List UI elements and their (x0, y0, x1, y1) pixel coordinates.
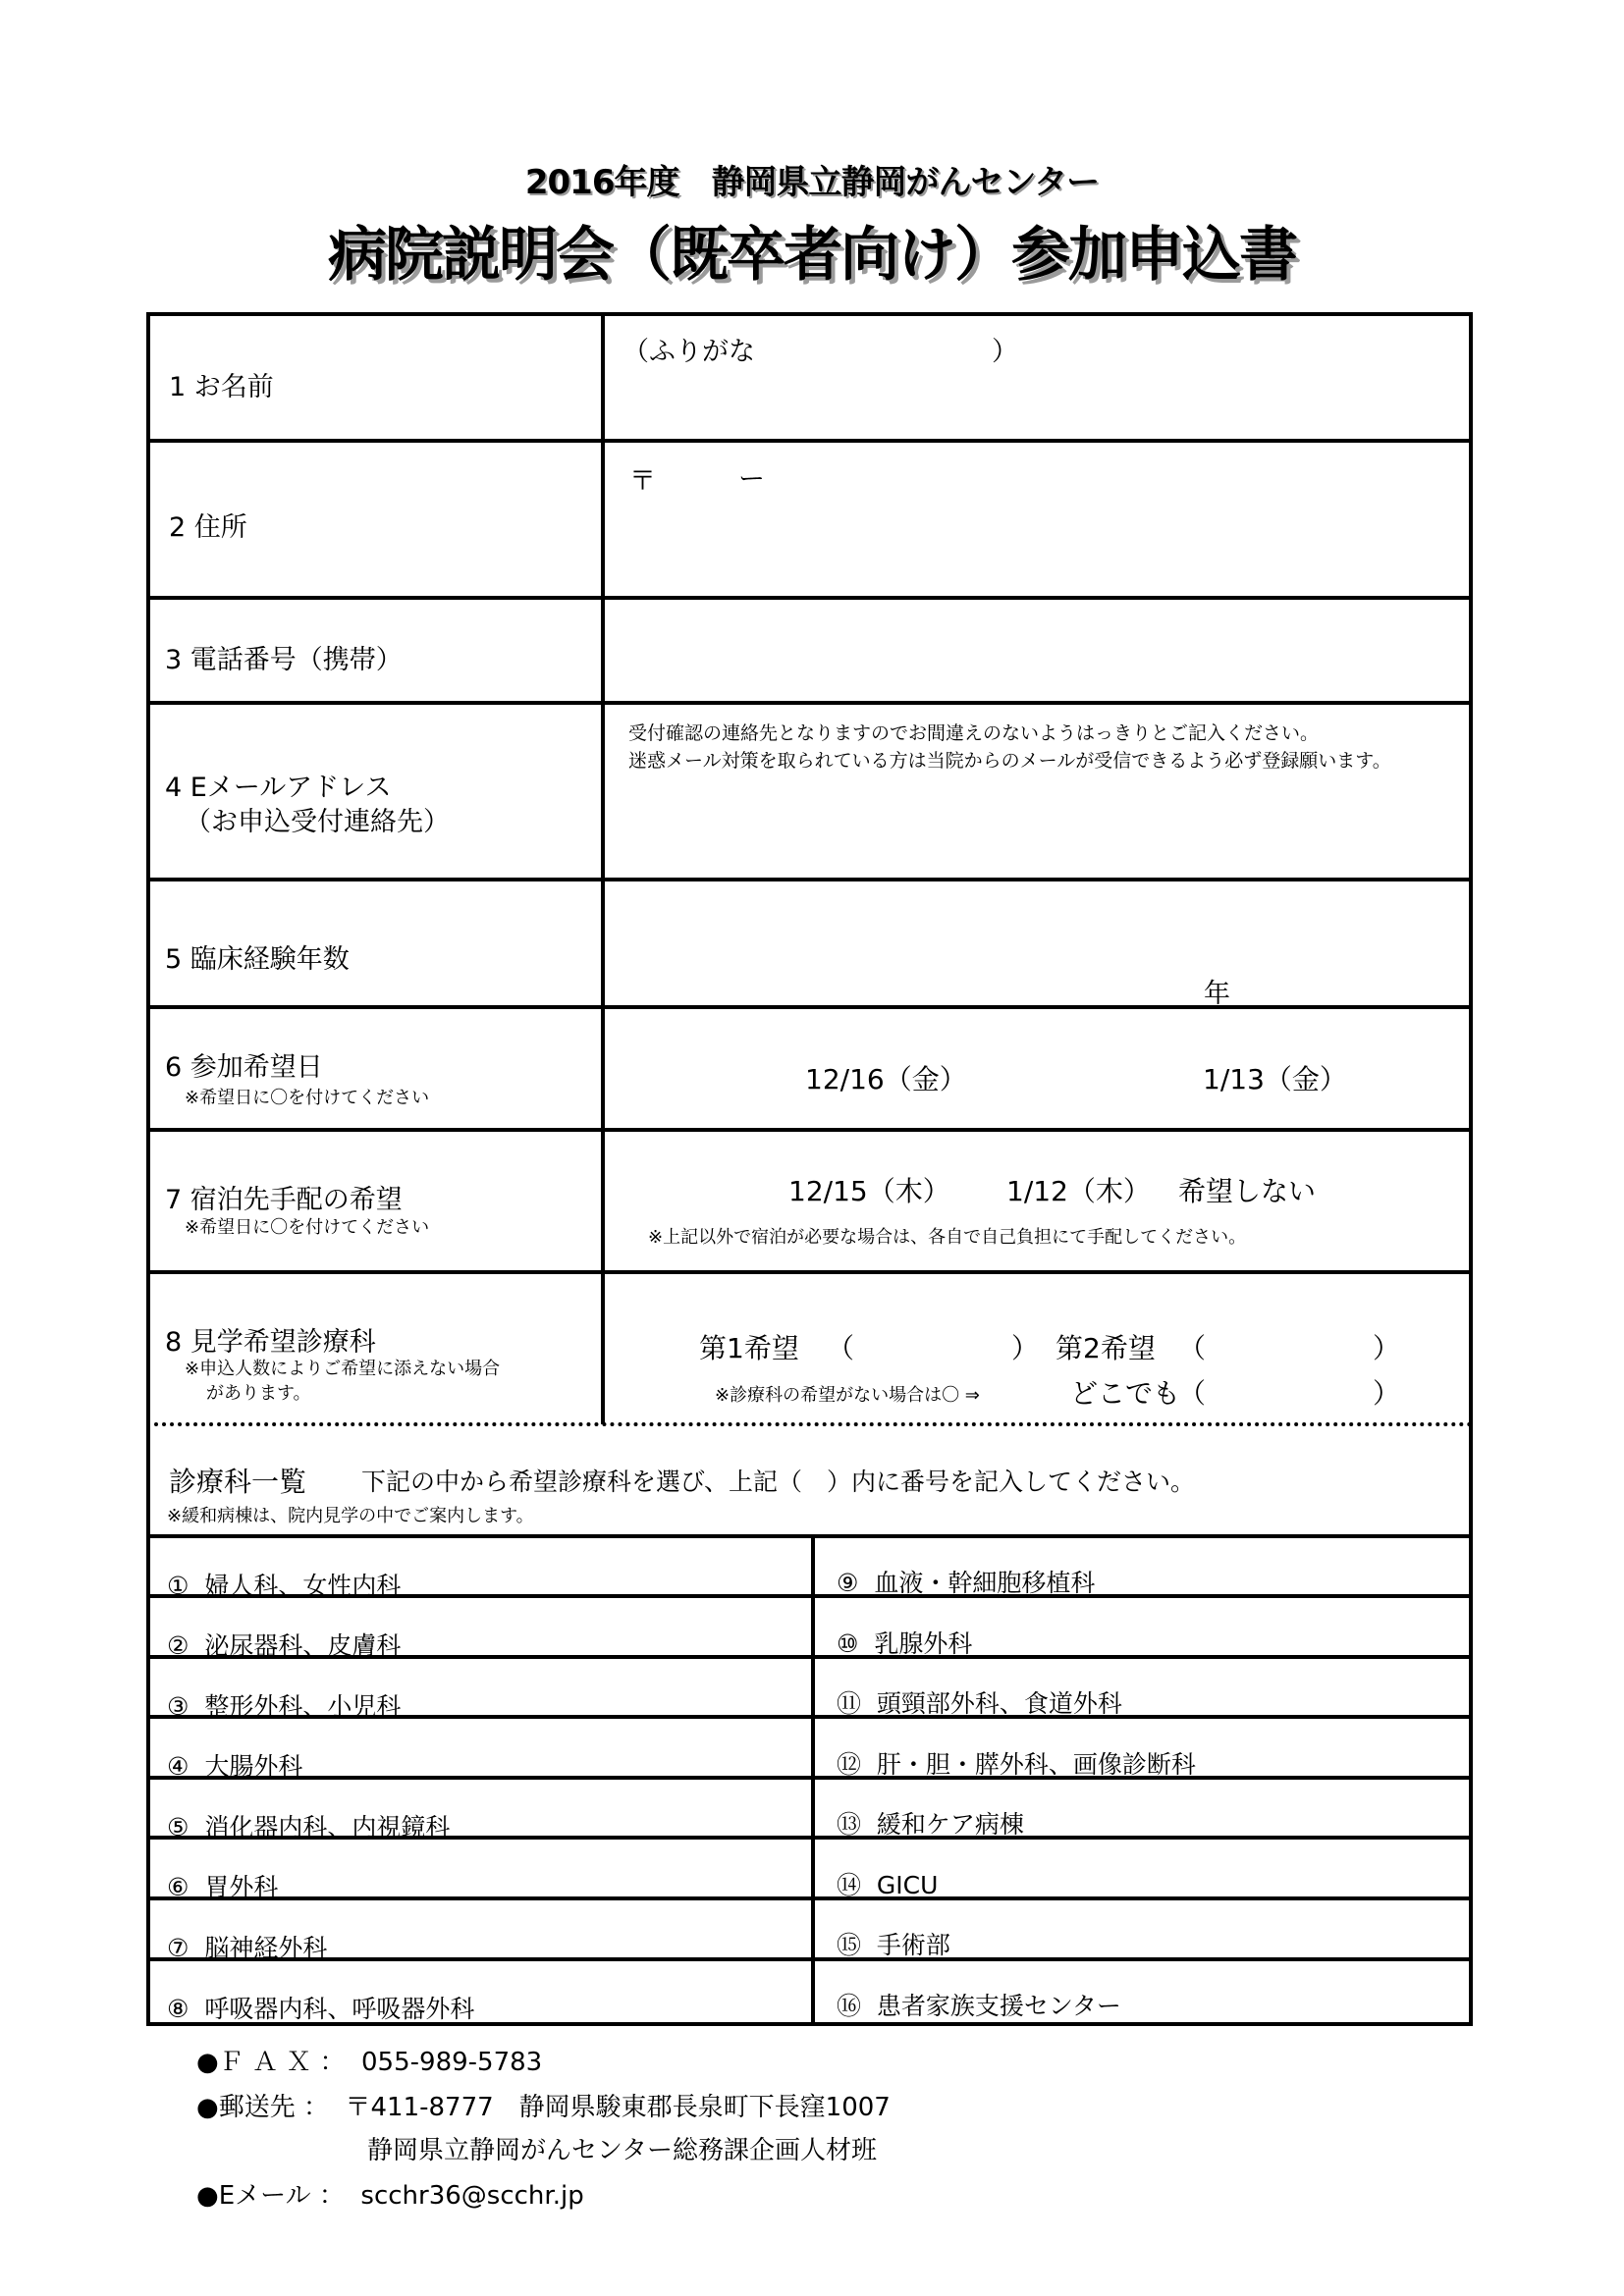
row-divider (146, 1005, 1473, 1009)
first-choice-label: 第1希望 (699, 1327, 799, 1366)
name-label: 1 お名前 (169, 365, 274, 403)
lodging-note: ※上記以外で宿泊が必要な場合は、各自で自己負担にて手配してください。 (648, 1223, 1246, 1249)
form-subtitle: 2016年度 静岡県立静岡がんセンター (0, 155, 1624, 203)
dept-item-13: ⑬ 緩和ケア病棟 (837, 1805, 1024, 1841)
bullet-icon: ● (196, 2181, 219, 2211)
dept-column-divider (811, 1534, 815, 2025)
address-label: 2 住所 (169, 506, 247, 544)
dept-choice-sublabel-1: ※申込人数によりご希望に添えない場合 (185, 1355, 500, 1380)
row-divider (146, 1270, 1473, 1274)
experience-label: 5 臨床経験年数 (165, 937, 350, 976)
dept-choice-sublabel-2: があります。 (206, 1379, 311, 1405)
address-field[interactable] (609, 447, 1463, 589)
contact-fax: ●Ｆ Ａ Ｘ ： 055-989-5783 (196, 2042, 542, 2078)
second-choice-open: （ (1178, 1327, 1206, 1366)
dept-item-9: ⑨ 血液・幹細胞移植科 (837, 1564, 1095, 1599)
contact-email: ●Eメール ： scchr36@scchr.jp (196, 2175, 584, 2212)
dept-item-8: ⑧ 呼吸器内科、呼吸器外科 (167, 1990, 474, 2025)
second-choice-close: ） (1373, 1327, 1400, 1366)
dept-row-divider (146, 1776, 1473, 1780)
row-divider (146, 439, 1473, 443)
row-divider (146, 701, 1473, 705)
dept-item-3: ③ 整形外科、小児科 (167, 1687, 401, 1723)
bullet-icon: ● (196, 2093, 219, 2122)
bullet-icon: ● (196, 2048, 219, 2077)
date-label: 6 参加希望日 (165, 1045, 323, 1084)
dept-list-note: ※緩和病棟は、院内見学の中でご案内します。 (167, 1502, 534, 1527)
column-divider (601, 312, 605, 1424)
email-contact-value[interactable]: scchr36@scchr.jp (360, 2181, 583, 2211)
anywhere-note: ※診療科の希望がない場合は〇 ⇒ (715, 1381, 980, 1407)
dept-item-5: ⑤ 消化器内科、内視鏡科 (167, 1808, 450, 1843)
first-choice-open: （ (827, 1327, 854, 1366)
dept-item-4: ④ 大腸外科 (167, 1747, 302, 1783)
dept-list-heading: 診療科一覧 (169, 1461, 306, 1500)
lodging-label: 7 宿泊先手配の希望 (165, 1178, 403, 1216)
furigana-hint-close: ） (992, 330, 1018, 368)
dept-item-14: ⑭ GICU (837, 1866, 938, 1901)
lodging-sublabel: ※希望日に〇を付けてください (185, 1213, 429, 1239)
anywhere-label: どこでも (1070, 1372, 1180, 1412)
fax-value: 055-989-5783 (361, 2048, 542, 2077)
anywhere-input[interactable] (1206, 1370, 1373, 1408)
dept-row-divider (146, 1534, 1473, 1538)
second-choice-input[interactable] (1206, 1325, 1373, 1362)
dept-row-divider (146, 1957, 1473, 1961)
dept-choice-label: 8 見学希望診療科 (165, 1320, 376, 1359)
furigana-hint: （ふりがな (623, 330, 755, 368)
dept-row-divider (146, 1896, 1473, 1900)
email-sublabel: （お申込受付連絡先） (185, 800, 450, 838)
mail-label: 郵送先 ： (219, 2093, 329, 2122)
date-option-0113[interactable]: 1/13（金） (1203, 1058, 1347, 1097)
phone-label: 3 電話番号（携帯） (165, 638, 403, 676)
dept-item-6: ⑥ 胃外科 (167, 1868, 278, 1903)
row-divider (146, 878, 1473, 881)
contact-mail: ●郵送先 ： 〒411-8777 静岡県駿東郡長泉町下長窪1007 (196, 2087, 891, 2123)
experience-field[interactable] (609, 885, 1463, 998)
anywhere-open: （ (1178, 1372, 1206, 1412)
form-title: 病院説明会（既卒者向け）参加申込書 (0, 208, 1624, 293)
date-sublabel: ※希望日に〇を付けてください (185, 1084, 429, 1109)
dept-item-2: ② 泌尿器科、皮膚科 (167, 1627, 401, 1662)
dept-item-11: ⑪ 頭頸部外科、食道外科 (837, 1684, 1122, 1720)
first-choice-input[interactable] (854, 1325, 1011, 1362)
row-divider (146, 596, 1473, 600)
mail-address-line-2: 静岡県立静岡がんセンター総務課企画人材班 (367, 2130, 877, 2166)
dept-list-instruction: 下記の中から希望診療科を選び、上記（ ）内に番号を記入してください。 (361, 1463, 1195, 1498)
email-label: 4 Eメールアドレス (165, 766, 391, 804)
dept-item-12: ⑫ 肝・胆・膵外科、画像診断科 (837, 1745, 1196, 1781)
dotted-separator (146, 1422, 1473, 1426)
first-choice-close: ） (1011, 1327, 1039, 1366)
date-option-1216[interactable]: 12/16（金） (805, 1058, 967, 1097)
anywhere-close: ） (1373, 1372, 1400, 1412)
email-note-1: 受付確認の連絡先となりますのでお間違えのないようはっきりとご記入ください。 (628, 720, 1319, 747)
dept-item-1: ① 婦人科、女性内科 (167, 1567, 401, 1602)
mail-address-line-1: 〒411-8777 静岡県駿東郡長泉町下長窪1007 (345, 2093, 890, 2122)
second-choice-label: 第2希望 (1056, 1327, 1156, 1366)
phone-input[interactable] (609, 604, 1463, 694)
fax-label: Ｆ Ａ Ｘ ： (219, 2048, 346, 2077)
email-note-2: 迷惑メール対策を取られている方は当院からのメールが受信できるよう必ず登録願います… (628, 747, 1391, 774)
dept-item-15: ⑮ 手術部 (837, 1926, 950, 1961)
dept-item-7: ⑦ 脳神経外科 (167, 1929, 327, 1964)
dept-item-10: ⑩ 乳腺外科 (837, 1625, 972, 1660)
email-contact-label: Eメール ： (219, 2181, 345, 2211)
dept-item-16: ⑯ 患者家族支援センター (837, 1987, 1121, 2022)
lodging-option-1215[interactable]: 12/15（木） (788, 1170, 950, 1209)
lodging-option-none[interactable]: 希望しない (1178, 1170, 1316, 1209)
row-divider (146, 1128, 1473, 1132)
lodging-option-0112[interactable]: 1/12（木） (1006, 1170, 1151, 1209)
name-field[interactable] (609, 373, 1463, 432)
